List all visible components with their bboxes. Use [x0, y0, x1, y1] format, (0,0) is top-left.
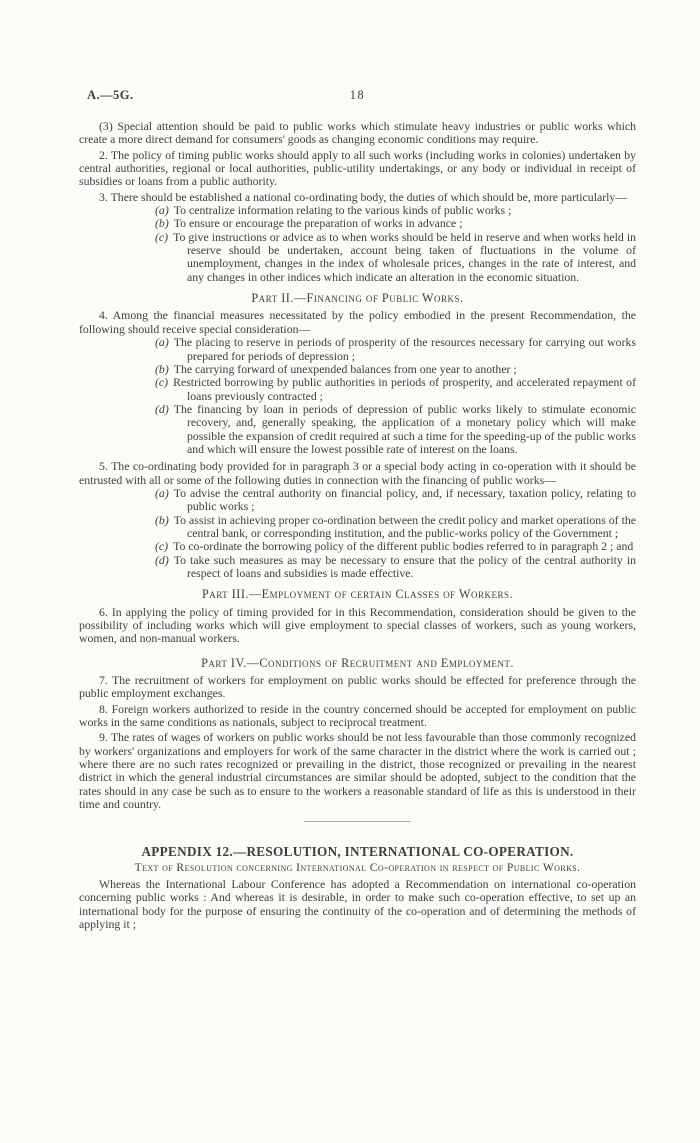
list-item-text: The financing by loan in periods of depr…	[174, 402, 636, 456]
page-number: 18	[79, 88, 636, 103]
list-item-text: The placing to reserve in periods of pro…	[174, 335, 636, 362]
part-3-heading: Part III.—Employment of certain Classes …	[79, 588, 636, 601]
list-item: (c)To co-ordinate the borrowing policy o…	[79, 540, 636, 553]
para-3: 3. There should be established a nationa…	[79, 191, 636, 204]
list-item-label: (b)	[155, 216, 174, 230]
list-item-label: (c)	[155, 230, 173, 244]
page-header: A.—5G. 18	[79, 88, 636, 103]
part-2-heading: Part II.—Financing of Public Works.	[79, 292, 636, 305]
document-page: A.—5G. 18 (3) Special attention should b…	[0, 0, 700, 1143]
list-item-label: (b)	[155, 362, 174, 376]
list-item-label: (d)	[155, 402, 174, 416]
appendix-subtitle: Text of Resolution concerning Internatio…	[79, 861, 636, 874]
list-item-label: (a)	[155, 486, 174, 500]
list-item-text: To give instructions or advice as to whe…	[173, 230, 636, 284]
list-item: (c)To give instructions or advice as to …	[79, 231, 636, 284]
list-item-label: (b)	[155, 513, 174, 527]
list-item-text: To take such measures as may be necessar…	[174, 553, 636, 580]
list-item: (d)To take such measures as may be neces…	[79, 554, 636, 581]
para-6: 6. In applying the policy of timing prov…	[79, 606, 636, 646]
list-item: (b)The carrying forward of unexpended ba…	[79, 363, 636, 376]
list-item-label: (a)	[155, 335, 174, 349]
appendix-title: APPENDIX 12.—RESOLUTION, INTERNATIONAL C…	[79, 845, 636, 858]
para-9: 9. The rates of wages of workers on publ…	[79, 731, 636, 811]
para-8: 8. Foreign workers authorized to reside …	[79, 703, 636, 730]
list-item-text: To centralize information relating to th…	[174, 203, 512, 217]
para-2: 2. The policy of timing public works sho…	[79, 149, 636, 189]
para-whereas: Whereas the International Labour Confere…	[79, 878, 636, 931]
list-item-text: To advise the central authority on finan…	[174, 486, 636, 513]
part-4-heading: Part IV.—Conditions of Recruitment and E…	[79, 657, 636, 670]
list-item: (a)The placing to reserve in periods of …	[79, 336, 636, 363]
recommendation-text: (3) Special attention should be paid to …	[79, 120, 636, 931]
list-item: (d)The financing by loan in periods of d…	[79, 403, 636, 456]
list-item: (a)To centralize information relating to…	[79, 204, 636, 217]
para-7: 7. The recruitment of workers for employ…	[79, 674, 636, 701]
list-item-text: The carrying forward of unexpended balan…	[174, 362, 517, 376]
list-item: (a)To advise the central authority on fi…	[79, 487, 636, 514]
para-5: 5. The co-ordinating body provided for i…	[79, 460, 636, 487]
list-item-text: To ensure or encourage the preparation o…	[174, 216, 463, 230]
list-item-text: To co-ordinate the borrowing policy of t…	[173, 539, 633, 553]
list-item-label: (c)	[155, 375, 173, 389]
list-item: (c)Restricted borrowing by public author…	[79, 376, 636, 403]
section-divider	[304, 821, 411, 822]
list-item: (b)To ensure or encourage the preparatio…	[79, 217, 636, 230]
para-4: 4. Among the financial measures necessit…	[79, 309, 636, 336]
list-item-text: Restricted borrowing by public authoriti…	[173, 375, 636, 402]
list-item-label: (c)	[155, 539, 173, 553]
doc-reference: A.—5G.	[87, 88, 133, 103]
list-item: (b)To assist in achieving proper co-ordi…	[79, 514, 636, 541]
para-special-attention: (3) Special attention should be paid to …	[79, 120, 636, 147]
list-item-label: (a)	[155, 203, 174, 217]
list-item-label: (d)	[155, 553, 174, 567]
list-item-text: To assist in achieving proper co-ordinat…	[174, 513, 636, 540]
